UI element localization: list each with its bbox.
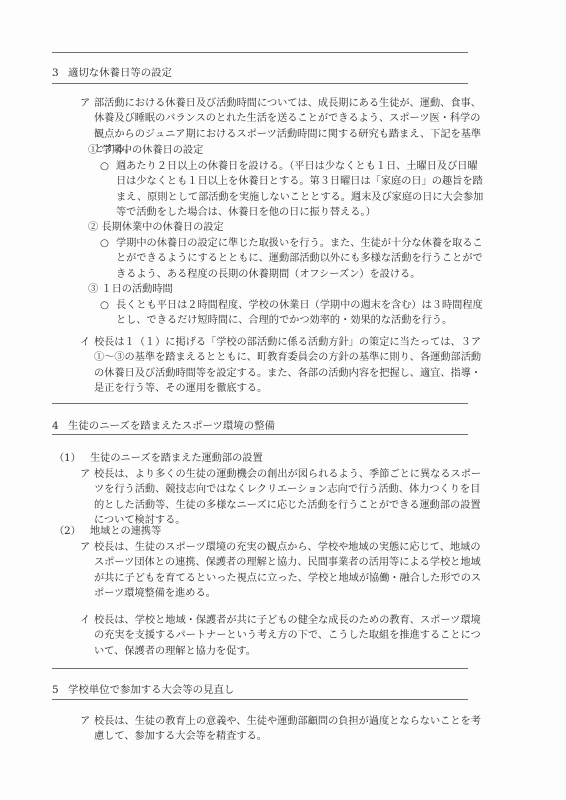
section-number: 3 [52,66,68,81]
section-5-underline [52,699,468,700]
section-5-heading: 5学校単位で参加する大会等の見直し [52,683,234,698]
item-mark: イ [80,335,94,350]
top-divider [52,52,468,53]
subitem-2-title: ② 長期休業中の休養日の設定 [88,220,224,235]
circled-number-1: ① [88,145,98,156]
section-4-heading: 4生徒のニーズを踏まえたスポーツ環境の整備 [52,419,275,434]
section-title: 生徒のニーズを踏まえたスポーツ環境の整備 [68,420,275,432]
circled-number-2: ② [88,222,98,233]
subitem-title: １日の活動時間 [101,284,172,295]
subitem-title: 長期休業中の休養日の設定 [101,222,223,233]
section-5-item-a: ア校長は、生徒の教育上の意義や、生徒や運動部顧問の負担が過度とならないことを考慮… [80,714,484,745]
subsection-2-heading: （2）地域との連携等 [54,524,161,539]
subitem-text: 学期中の休養日の設定に準じた取扱いを行う。また、生徒が十分な休養を取ることができ… [116,238,483,280]
item-mark: ア [80,96,94,111]
section-divider [52,668,468,669]
section-3-underline [52,83,468,84]
item-mark: ア [80,467,94,482]
section-4-underline [52,434,468,435]
section-title: 学校単位で参加する大会等の見直し [68,684,234,696]
bullet-circle-icon: ○ [100,159,116,174]
bullet-circle-icon: ○ [100,298,116,313]
item-text: 校長は、生徒のスポーツ環境の充実の観点から、学校や地域の実態に応じて、地域のスポ… [94,542,481,599]
subsection-1-heading: （1）生徒のニーズを踏まえた運動部の設置 [54,451,263,466]
subsection-title: 地域との連携等 [90,526,161,537]
subsection-mark: （2） [54,524,90,539]
circled-number-3: ③ [88,284,98,295]
subitem-1-title: ① 学期中の休養日の設定 [88,143,203,158]
item-mark: イ [80,613,94,628]
subsection-mark: （1） [54,451,90,466]
subitem-text: 週あたり２日以上の休養日を設ける。（平日は少なくとも１日、土曜日及び日曜日は少な… [116,161,483,218]
subitem-1-body: ○週あたり２日以上の休養日を設ける。（平日は少なくとも１日、土曜日及び日曜日は少… [100,159,486,220]
item-mark: ア [80,714,94,729]
item-mark: ア [80,540,94,555]
subitem-2-body: ○学期中の休養日の設定に準じた取扱いを行う。また、生徒が十分な休養を取ることがで… [100,236,486,282]
section-number: 4 [52,419,68,434]
subsection-title: 生徒のニーズを踏まえた運動部の設置 [90,453,263,464]
subitem-3-title: ③ １日の活動時間 [88,282,173,297]
section-3-heading: 3適切な休養日等の設定 [52,66,172,81]
section-divider [52,403,468,404]
item-text: 校長は、学校と地域・保護者が共に子どもの健全な成長のための教育、スポーツ環境の充… [94,615,481,657]
item-text: 校長は、生徒の教育上の意義や、生徒や運動部顧問の負担が過度とならないことを考慮し… [94,716,481,742]
section-3-item-i: イ校長は１（１）に掲げる「学校の部活動に係る活動方針」の策定に当たっては、３ア①… [80,335,484,396]
subsection-1-item-a: ア校長は、より多くの生徒の運動機会の創出が図られるよう、季節ごとに異なるスポーツ… [80,467,484,528]
bullet-circle-icon: ○ [100,236,116,251]
item-text: 校長は１（１）に掲げる「学校の部活動に係る活動方針」の策定に当たっては、３ア①～… [94,337,481,394]
subitem-title: 学期中の休養日の設定 [101,145,203,156]
subsection-2-item-a: ア校長は、生徒のスポーツ環境の充実の観点から、学校や地域の実態に応じて、地域のス… [80,540,484,601]
section-number: 5 [52,683,68,698]
subitem-text: 長くとも平日は２時間程度、学校の休業日（学期中の週末を含む）は３時間程度とし、で… [116,300,483,326]
section-title: 適切な休養日等の設定 [68,67,172,79]
subsection-2-item-i: イ校長は、学校と地域・保護者が共に子どもの健全な成長のための教育、スポーツ環境の… [80,613,484,659]
subitem-3-body: ○長くとも平日は２時間程度、学校の休業日（学期中の週末を含む）は３時間程度とし、… [100,298,486,329]
item-text: 校長は、より多くの生徒の運動機会の創出が図られるよう、季節ごとに異なるスポーツを… [94,469,481,526]
